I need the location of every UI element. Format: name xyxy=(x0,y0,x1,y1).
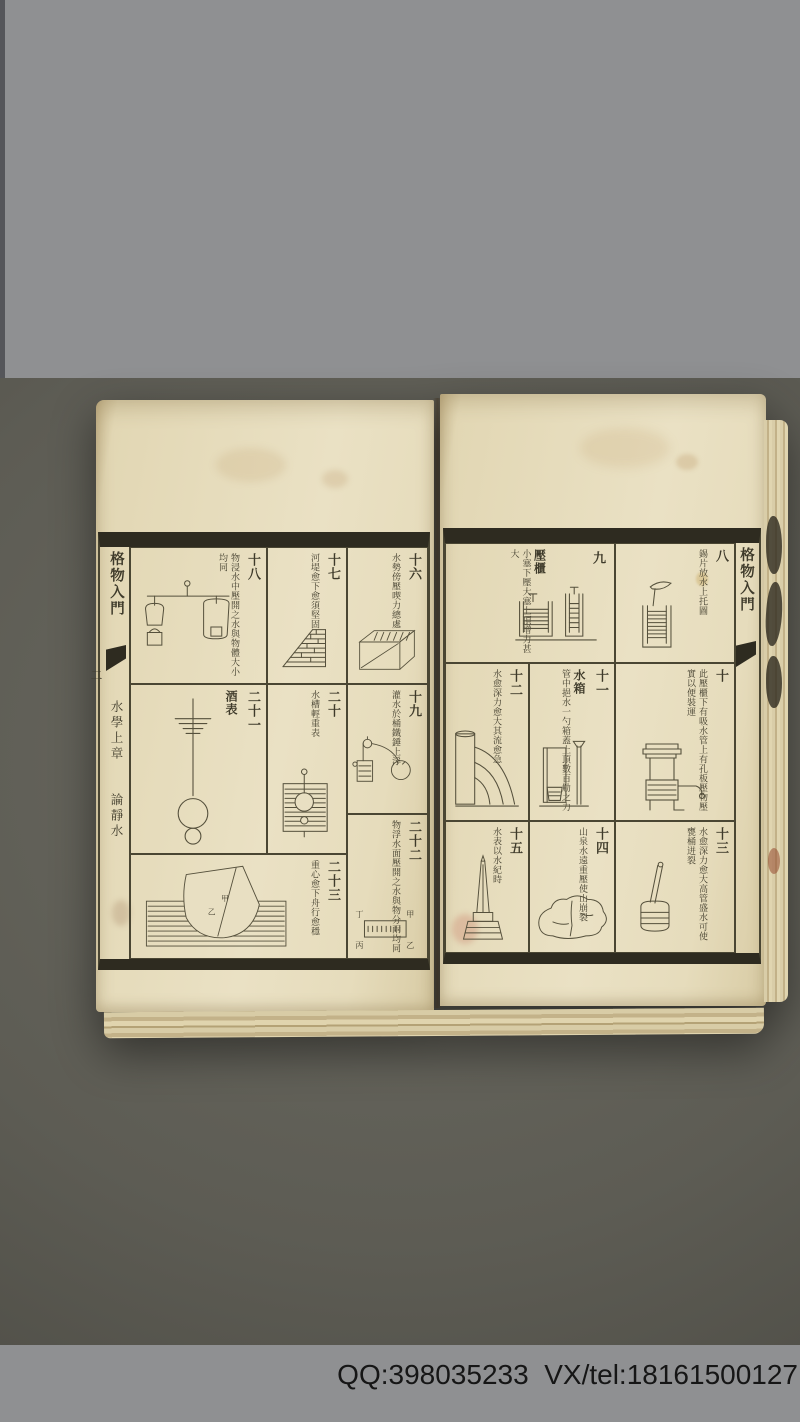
margin-column-left: 格物入門 水學上章 論靜水 二 xyxy=(100,547,130,959)
watermark-text: QQ:398035233 VX/tel:18161500127 xyxy=(337,1359,798,1391)
page-right: 格物入門 八 錫片放水上托圖 xyxy=(440,394,766,1006)
diagram-label: 丙 xyxy=(355,940,363,950)
panel-figure-20: 二十 水槽輕重表 xyxy=(267,684,347,854)
figure-8-tin-on-water-drawing xyxy=(624,576,686,658)
figure-grid-right: 八 錫片放水上托圖 九 xyxy=(445,543,735,953)
panel-figure-22: 二十二 物浮水面壓開之水與物分兩均同 甲 丁 乙 丙 xyxy=(347,814,428,959)
fore-edge-seal-mark xyxy=(766,656,782,708)
diagram-label: 丁 xyxy=(355,909,363,919)
panel-figure-21: 二十一 酒表 xyxy=(130,684,267,854)
figure-number: 十三 xyxy=(711,827,730,948)
panel-figure-18: 十八 物浸水中壓開之水與物體大小均同 xyxy=(130,547,267,684)
paper-stain xyxy=(216,448,286,482)
fore-edge-seal-mark xyxy=(766,516,782,574)
block-wedge-mark xyxy=(106,645,126,671)
paper-stain xyxy=(580,428,670,468)
panel-figure-15: 十五 水表以水紀時 xyxy=(445,821,529,953)
book-title: 格物入門 xyxy=(106,551,127,617)
panel-figure-8: 八 錫片放水上托圖 xyxy=(615,543,735,663)
book-title: 格物入門 xyxy=(736,547,757,613)
page-number: 二 xyxy=(88,669,105,681)
panel-figure-12: 十二 水愈深力愈大其流愈急 xyxy=(445,663,529,821)
page-left: 格物入門 水學上章 論靜水 二 十八 物浸水中壓開之水與物體大小均同 xyxy=(96,400,434,1012)
panel-figure-23: 二十三 重心愈下舟行愈穩 甲 乙 xyxy=(130,854,347,959)
figure-12-jet-barrel-drawing xyxy=(450,726,526,812)
block-wedge-mark xyxy=(736,641,756,667)
figure-grid-left: 十八 物浸水中壓開之水與物體大小均同 xyxy=(130,547,428,959)
figure-18-balance-drawing xyxy=(131,575,249,679)
scan-edge-shadow xyxy=(0,0,5,378)
panel-figure-19: 十九 灌水於桶鐵錘上浮 xyxy=(347,684,428,814)
figure-14-mountain-rock-drawing xyxy=(532,886,612,944)
figure-10-packing-press-drawing xyxy=(624,738,708,814)
fore-edge-seal-mark xyxy=(764,582,784,647)
diagram-label: 甲 xyxy=(406,909,414,919)
figure-21-hydrometer-drawing xyxy=(157,693,229,847)
figure-17-dike-drawing xyxy=(270,621,344,679)
figure-22-tank-diagram: 甲 丁 乙 丙 xyxy=(350,902,426,954)
figure-caption: 重心愈下舟行愈穩 xyxy=(308,860,320,954)
panel-figure-13: 十三 水愈深力愈大高管盛水可使甕桶迸裂 xyxy=(615,821,735,953)
figure-number: 九 xyxy=(588,551,607,565)
print-frame-left: 格物入門 水學上章 論靜水 二 十八 物浸水中壓開之水與物體大小均同 xyxy=(98,532,430,970)
paper-stain xyxy=(322,470,348,488)
bottom-page-stack xyxy=(104,1008,764,1039)
fore-edge-page-stack xyxy=(764,420,788,1002)
figure-23-boat-drawing: 甲 乙 xyxy=(137,858,297,956)
margin-column-right: 格物入門 xyxy=(735,543,759,953)
figure-11-water-box-drawing xyxy=(534,738,594,816)
gray-mat-top xyxy=(0,0,800,378)
fore-edge-red-mark xyxy=(768,848,780,874)
panel-figure-17: 十七 河堤愈下愈須堅固 xyxy=(267,547,347,684)
chapter-title: 水學上章 xyxy=(107,700,125,762)
paper-stain xyxy=(676,454,698,470)
figure-15-water-clock-drawing xyxy=(452,854,514,948)
panel-figure-14: 十四 山泉水遠重壓使山崩裂 xyxy=(529,821,615,953)
figure-13-cask-tube-drawing xyxy=(624,858,684,948)
figure-caption: 錫片放水上托圖 xyxy=(696,549,708,658)
book-spread: 格物入門 水學上章 論靜水 二 十八 物浸水中壓開之水與物體大小均同 xyxy=(96,392,790,1042)
figure-number: 二十一 xyxy=(243,690,262,849)
diagram-label: 乙 xyxy=(406,940,414,950)
scan-photo: 格物入門 水學上章 論靜水 二 十八 物浸水中壓開之水與物體大小均同 xyxy=(0,378,800,1345)
figure-19-pulley-bucket-drawing xyxy=(352,735,424,807)
gray-mat-bottom: QQ:398035233 VX/tel:18161500127 xyxy=(0,1345,800,1422)
section-title: 論靜水 xyxy=(107,793,125,840)
figure-16-box-drawing xyxy=(350,623,424,677)
figure-caption: 水愈深力愈大高管盛水可使甕桶迸裂 xyxy=(684,827,708,948)
figure-number: 二十三 xyxy=(323,860,342,954)
diagram-label: 乙 xyxy=(208,907,216,916)
print-frame-right: 格物入門 八 錫片放水上托圖 xyxy=(443,528,761,964)
figure-number: 十 xyxy=(711,669,730,816)
figure-9-press-vessels-drawing xyxy=(510,584,602,648)
panel-figure-11: 十一 水箱 管中挹水一勺箱蓋上頂數百觔之力 xyxy=(529,663,615,821)
figure-20-float-tank-drawing xyxy=(274,759,340,845)
panel-figure-16: 十六 水勢傍壓喫力總處 xyxy=(347,547,428,684)
diagram-label: 甲 xyxy=(221,894,228,903)
panel-figure-10: 十 此壓櫃下有吸水管上有孔板壓物壓實以便裝運 xyxy=(615,663,735,821)
panel-figure-9: 九 壓櫃 小塞下壓大塞上頂增力甚大 xyxy=(445,543,615,663)
figure-number: 八 xyxy=(711,549,730,658)
